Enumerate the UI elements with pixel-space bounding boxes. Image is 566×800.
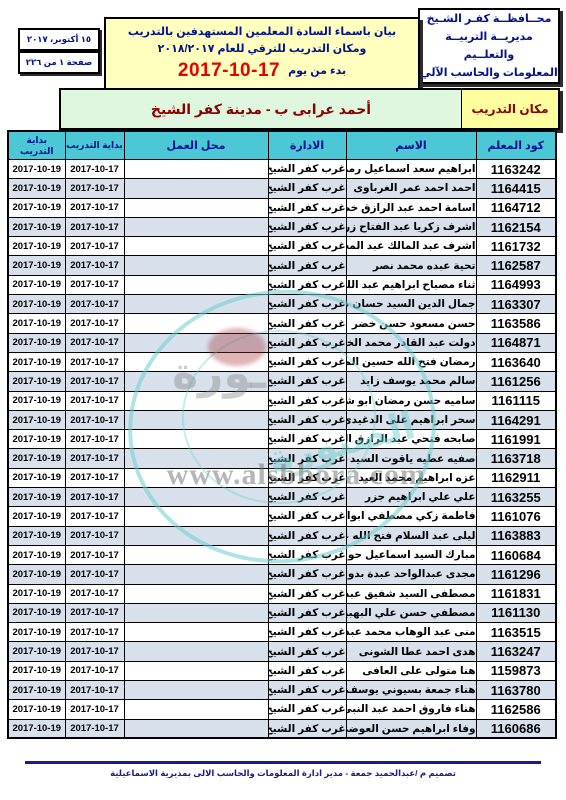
report-page: محــافظــة كفـر الشـيخ مديريــة التربيــ… bbox=[0, 0, 566, 800]
teacher-name-cell: ليلى عبد السلام فتح الله علي bbox=[346, 526, 476, 545]
teacher-code-cell: 1161130 bbox=[476, 603, 556, 622]
training-end-cell: 2017-10-19 bbox=[8, 700, 65, 719]
administration-cell: غرب كفر الشيخ bbox=[268, 160, 346, 179]
administration-cell: غرب كفر الشيخ bbox=[268, 217, 346, 236]
col-header-workplace: محل العمل bbox=[124, 131, 268, 160]
table-row: 1160686وفاء ابراهيم حسن العوضيغرب كفر ال… bbox=[8, 719, 556, 738]
teacher-name-cell: رمضان فتح الله حسين المدبولي bbox=[346, 352, 476, 371]
training-end-cell: 2017-10-19 bbox=[8, 410, 65, 429]
col-header-teacher-code: كود المعلم bbox=[476, 131, 556, 160]
administration-cell: غرب كفر الشيخ bbox=[268, 642, 346, 661]
org-line-directorate: مديريــة التربيــة والتعلــيم bbox=[420, 28, 558, 64]
teachers-table: كود المعلم الاسم الادارة محل العمل بداية… bbox=[7, 130, 557, 739]
administration-cell: غرب كفر الشيخ bbox=[268, 391, 346, 410]
training-start-cell: 2017-10-17 bbox=[65, 642, 124, 661]
start-date-line: بدء من يوم 2017-10-17 bbox=[178, 57, 346, 86]
administration-cell: غرب كفر الشيخ bbox=[268, 275, 346, 294]
teacher-code-cell: 1163883 bbox=[476, 526, 556, 545]
teacher-code-cell: 1162586 bbox=[476, 700, 556, 719]
workplace-cell bbox=[124, 179, 268, 198]
workplace-cell bbox=[124, 603, 268, 622]
workplace-cell bbox=[124, 333, 268, 352]
training-start-cell: 2017-10-17 bbox=[65, 391, 124, 410]
workplace-cell bbox=[124, 217, 268, 236]
teacher-name-cell: فاطمة زكي مصطفي ابوالعز bbox=[346, 507, 476, 526]
training-start-cell: 2017-10-17 bbox=[65, 507, 124, 526]
teacher-name-cell: مصطفى السيد شفيق عبد الفتاح bbox=[346, 584, 476, 603]
org-line-governorate: محــافظــة كفـر الشـيخ bbox=[427, 10, 552, 28]
training-start-cell: 2017-10-17 bbox=[65, 314, 124, 333]
table-row: 1163883ليلى عبد السلام فتح الله عليغرب ك… bbox=[8, 526, 556, 545]
teacher-name-cell: هناء جمعة بسيوني يوسف bbox=[346, 681, 476, 700]
teacher-name-cell: مبارك السيد اسماعيل حواش bbox=[346, 545, 476, 564]
teacher-name-cell: هناء فاروق احمد عبد النبى bbox=[346, 700, 476, 719]
teacher-name-cell: صابحه فتحي عبد الرازق الصبا bbox=[346, 430, 476, 449]
teacher-name-cell: مصطفي حسن علي البهبيتى bbox=[346, 603, 476, 622]
training-start-cell: 2017-10-17 bbox=[65, 179, 124, 198]
training-end-cell: 2017-10-19 bbox=[8, 275, 65, 294]
table-row: 1163307جمال الدين السيد حسان ضبيشغرب كفر… bbox=[8, 295, 556, 314]
administration-cell: غرب كفر الشيخ bbox=[268, 488, 346, 507]
teacher-code-cell: 1160684 bbox=[476, 545, 556, 564]
teacher-name-cell: منى عبد الوهاب محمد عبد الها bbox=[346, 623, 476, 642]
teacher-name-cell: علي علي ابراهيم جزر bbox=[346, 488, 476, 507]
training-end-cell: 2017-10-19 bbox=[8, 314, 65, 333]
administration-cell: غرب كفر الشيخ bbox=[268, 545, 346, 564]
workplace-cell bbox=[124, 372, 268, 391]
workplace-cell bbox=[124, 642, 268, 661]
training-location-value: أحمد عرابى ب - مدينة كفر الشيخ bbox=[61, 90, 461, 128]
training-end-cell: 2017-10-19 bbox=[8, 179, 65, 198]
training-start-cell: 2017-10-17 bbox=[65, 333, 124, 352]
teacher-code-cell: 1162154 bbox=[476, 217, 556, 236]
teacher-name-cell: عزه ابراهيم محمد العيد bbox=[346, 468, 476, 487]
teacher-code-cell: 1159873 bbox=[476, 661, 556, 680]
training-end-cell: 2017-10-19 bbox=[8, 603, 65, 622]
report-title-line1: بيان باسماء السادة المعلمين المستهدفين ب… bbox=[128, 24, 396, 41]
training-start-cell: 2017-10-17 bbox=[65, 410, 124, 429]
training-end-cell: 2017-10-19 bbox=[8, 526, 65, 545]
workplace-cell bbox=[124, 468, 268, 487]
workplace-cell bbox=[124, 584, 268, 603]
administration-cell: غرب كفر الشيخ bbox=[268, 449, 346, 468]
training-end-cell: 2017-10-19 bbox=[8, 719, 65, 738]
teacher-code-cell: 1163515 bbox=[476, 623, 556, 642]
training-start-cell: 2017-10-17 bbox=[65, 352, 124, 371]
training-start-cell: 2017-10-17 bbox=[65, 603, 124, 622]
table-row: 1161256سالم محمد يوسف زايدغرب كفر الشيخ2… bbox=[8, 372, 556, 391]
teacher-code-cell: 1161296 bbox=[476, 565, 556, 584]
teacher-name-cell: ثناء مصباح ابراهيم عبد الله bbox=[346, 275, 476, 294]
administration-cell: غرب كفر الشيخ bbox=[268, 256, 346, 275]
workplace-cell bbox=[124, 507, 268, 526]
teacher-name-cell: تحية عبده محمد نصر bbox=[346, 256, 476, 275]
table-row: 1163515منى عبد الوهاب محمد عبد الهاغرب ك… bbox=[8, 623, 556, 642]
teacher-code-cell: 1164712 bbox=[476, 198, 556, 217]
teacher-code-cell: 1163242 bbox=[476, 160, 556, 179]
workplace-cell bbox=[124, 314, 268, 333]
teacher-code-cell: 1162587 bbox=[476, 256, 556, 275]
training-end-cell: 2017-10-19 bbox=[8, 333, 65, 352]
teacher-code-cell: 1162911 bbox=[476, 468, 556, 487]
table-row: 1164871دولت عبد القادر محمد الخوليغرب كف… bbox=[8, 333, 556, 352]
administration-cell: غرب كفر الشيخ bbox=[268, 719, 346, 738]
teacher-name-cell: جمال الدين السيد حسان ضبيش bbox=[346, 295, 476, 314]
administration-cell: غرب كفر الشيخ bbox=[268, 179, 346, 198]
training-start-cell: 2017-10-17 bbox=[65, 565, 124, 584]
table-row: 1161076فاطمة زكي مصطفي ابوالعزغرب كفر ال… bbox=[8, 507, 556, 526]
teacher-name-cell: ابراهيم سعد اسماعيل رمضان bbox=[346, 160, 476, 179]
table-row: 1161831مصطفى السيد شفيق عبد الفتاحغرب كف… bbox=[8, 584, 556, 603]
administration-cell: غرب كفر الشيخ bbox=[268, 565, 346, 584]
table-row: 1163242ابراهيم سعد اسماعيل رمضانغرب كفر … bbox=[8, 160, 556, 179]
administration-cell: غرب كفر الشيخ bbox=[268, 333, 346, 352]
training-end-cell: 2017-10-19 bbox=[8, 545, 65, 564]
start-date-label: بدء من يوم bbox=[288, 63, 346, 80]
administration-cell: غرب كفر الشيخ bbox=[268, 314, 346, 333]
print-date-box: ١٥ أكتوبر، ٢٠١٧ bbox=[18, 28, 100, 51]
administration-cell: غرب كفر الشيخ bbox=[268, 584, 346, 603]
training-start-cell: 2017-10-17 bbox=[65, 430, 124, 449]
teacher-code-cell: 1160686 bbox=[476, 719, 556, 738]
workplace-cell bbox=[124, 449, 268, 468]
organization-box: محــافظــة كفـر الشـيخ مديريــة التربيــ… bbox=[418, 8, 560, 84]
training-start-cell: 2017-10-17 bbox=[65, 372, 124, 391]
teacher-code-cell: 1164871 bbox=[476, 333, 556, 352]
training-end-cell: 2017-10-19 bbox=[8, 507, 65, 526]
table-row: 1163247هدى احمد عطا الشونىغرب كفر الشيخ2… bbox=[8, 642, 556, 661]
training-end-cell: 2017-10-19 bbox=[8, 372, 65, 391]
teacher-name-cell: وفاء ابراهيم حسن العوضي bbox=[346, 719, 476, 738]
training-end-cell: 2017-10-19 bbox=[8, 256, 65, 275]
training-end-cell: 2017-10-19 bbox=[8, 681, 65, 700]
teacher-code-cell: 1163640 bbox=[476, 352, 556, 371]
teacher-name-cell: صفيه عطيه ياقوت السيد bbox=[346, 449, 476, 468]
report-title-box: بيان باسماء السادة المعلمين المستهدفين ب… bbox=[104, 17, 420, 93]
administration-cell: غرب كفر الشيخ bbox=[268, 526, 346, 545]
start-date-value: 2017-10-17 bbox=[178, 57, 280, 86]
training-start-cell: 2017-10-17 bbox=[65, 661, 124, 680]
training-start-cell: 2017-10-17 bbox=[65, 160, 124, 179]
teacher-code-cell: 1164415 bbox=[476, 179, 556, 198]
training-start-cell: 2017-10-17 bbox=[65, 488, 124, 507]
administration-cell: غرب كفر الشيخ bbox=[268, 410, 346, 429]
administration-cell: غرب كفر الشيخ bbox=[268, 468, 346, 487]
workplace-cell bbox=[124, 545, 268, 564]
administration-cell: غرب كفر الشيخ bbox=[268, 623, 346, 642]
teacher-code-cell: 1161256 bbox=[476, 372, 556, 391]
training-start-cell: 2017-10-17 bbox=[65, 449, 124, 468]
workplace-cell bbox=[124, 526, 268, 545]
teacher-name-cell: سحر ابراهيم على الدغيدى bbox=[346, 410, 476, 429]
table-row: 1161130مصطفي حسن علي البهبيتىغرب كفر الش… bbox=[8, 603, 556, 622]
training-end-cell: 2017-10-19 bbox=[8, 217, 65, 236]
teacher-code-cell: 1163247 bbox=[476, 642, 556, 661]
teacher-code-cell: 1164291 bbox=[476, 410, 556, 429]
teacher-name-cell: ساميه حسن رمضان ابو شنب bbox=[346, 391, 476, 410]
training-end-cell: 2017-10-19 bbox=[8, 623, 65, 642]
training-end-cell: 2017-10-19 bbox=[8, 160, 65, 179]
training-end-cell: 2017-10-19 bbox=[8, 352, 65, 371]
teacher-code-cell: 1164993 bbox=[476, 275, 556, 294]
training-end-cell: 2017-10-19 bbox=[8, 642, 65, 661]
table-row: 1162911عزه ابراهيم محمد العيدغرب كفر الش… bbox=[8, 468, 556, 487]
table-row: 1164993ثناء مصباح ابراهيم عبد اللهغرب كف… bbox=[8, 275, 556, 294]
training-end-cell: 2017-10-19 bbox=[8, 661, 65, 680]
teacher-code-cell: 1161115 bbox=[476, 391, 556, 410]
training-end-cell: 2017-10-19 bbox=[8, 449, 65, 468]
table-row: 1163718صفيه عطيه ياقوت السيدغرب كفر الشي… bbox=[8, 449, 556, 468]
teacher-name-cell: احمد احمد عمر الغرباوى bbox=[346, 179, 476, 198]
administration-cell: غرب كفر الشيخ bbox=[268, 661, 346, 680]
table-row: 1163780هناء جمعة بسيوني يوسفغرب كفر الشي… bbox=[8, 681, 556, 700]
table-row: 1161732اشرف عبد المالك عبد المجيد ابغرب … bbox=[8, 237, 556, 256]
administration-cell: غرب كفر الشيخ bbox=[268, 237, 346, 256]
training-location-band: مكان التدريب أحمد عرابى ب - مدينة كفر ال… bbox=[59, 88, 560, 130]
training-start-cell: 2017-10-17 bbox=[65, 237, 124, 256]
workplace-cell bbox=[124, 661, 268, 680]
page-number-box: صفحة ١ من ٢٢٦ bbox=[18, 51, 100, 74]
table-row: 1160684مبارك السيد اسماعيل حواشغرب كفر ا… bbox=[8, 545, 556, 564]
teacher-code-cell: 1161732 bbox=[476, 237, 556, 256]
training-start-cell: 2017-10-17 bbox=[65, 700, 124, 719]
training-end-cell: 2017-10-19 bbox=[8, 391, 65, 410]
footer-divider bbox=[25, 761, 541, 764]
workplace-cell bbox=[124, 295, 268, 314]
teacher-name-cell: اشرف زكريا عبد الفتاح زرارة bbox=[346, 217, 476, 236]
workplace-cell bbox=[124, 700, 268, 719]
table-row: 1163255علي علي ابراهيم جزرغرب كفر الشيخ2… bbox=[8, 488, 556, 507]
table-row: 1161115ساميه حسن رمضان ابو شنبغرب كفر ال… bbox=[8, 391, 556, 410]
workplace-cell bbox=[124, 160, 268, 179]
workplace-cell bbox=[124, 237, 268, 256]
teacher-name-cell: هدى احمد عطا الشونى bbox=[346, 642, 476, 661]
table-row: 1164712اسامة احمد عبد الرازق خضرغرب كفر … bbox=[8, 198, 556, 217]
training-end-cell: 2017-10-19 bbox=[8, 237, 65, 256]
training-start-cell: 2017-10-17 bbox=[65, 545, 124, 564]
footer-credit: تصميم م /عبدالحميد جمعة - مدير ادارة الم… bbox=[0, 768, 566, 779]
administration-cell: غرب كفر الشيخ bbox=[268, 603, 346, 622]
administration-cell: غرب كفر الشيخ bbox=[268, 681, 346, 700]
training-start-cell: 2017-10-17 bbox=[65, 584, 124, 603]
training-end-cell: 2017-10-19 bbox=[8, 198, 65, 217]
training-start-cell: 2017-10-17 bbox=[65, 526, 124, 545]
workplace-cell bbox=[124, 488, 268, 507]
teacher-code-cell: 1161991 bbox=[476, 430, 556, 449]
workplace-cell bbox=[124, 410, 268, 429]
administration-cell: غرب كفر الشيخ bbox=[268, 372, 346, 391]
workplace-cell bbox=[124, 275, 268, 294]
workplace-cell bbox=[124, 623, 268, 642]
training-start-cell: 2017-10-17 bbox=[65, 719, 124, 738]
training-start-cell: 2017-10-17 bbox=[65, 681, 124, 700]
administration-cell: غرب كفر الشيخ bbox=[268, 198, 346, 217]
table-row: 1163640رمضان فتح الله حسين المدبوليغرب ك… bbox=[8, 352, 556, 371]
training-end-cell: 2017-10-19 bbox=[8, 295, 65, 314]
administration-cell: غرب كفر الشيخ bbox=[268, 352, 346, 371]
training-end-cell: 2017-10-19 bbox=[8, 584, 65, 603]
training-start-cell: 2017-10-17 bbox=[65, 198, 124, 217]
col-header-training-start-2: بداية التدريب bbox=[8, 131, 65, 160]
training-start-cell: 2017-10-17 bbox=[65, 217, 124, 236]
teacher-name-cell: مجدى عبدالواحد عبدة بدوى bbox=[346, 565, 476, 584]
training-end-cell: 2017-10-19 bbox=[8, 468, 65, 487]
table-row: 1163586حسن مسعود حسن خضرغرب كفر الشيخ201… bbox=[8, 314, 556, 333]
table-row: 1162587تحية عبده محمد نصرغرب كفر الشيخ20… bbox=[8, 256, 556, 275]
teacher-name-cell: سالم محمد يوسف زايد bbox=[346, 372, 476, 391]
report-title-line2: ومكان التدريب للترقي للعام ٢٠١٨/٢٠١٧ bbox=[158, 41, 367, 58]
table-row: 1162154اشرف زكريا عبد الفتاح زرارةغرب كف… bbox=[8, 217, 556, 236]
col-header-administration: الادارة bbox=[268, 131, 346, 160]
administration-cell: غرب كفر الشيخ bbox=[268, 295, 346, 314]
table-row: 1159873هنا متولى على العافىغرب كفر الشيخ… bbox=[8, 661, 556, 680]
training-start-cell: 2017-10-17 bbox=[65, 275, 124, 294]
workplace-cell bbox=[124, 430, 268, 449]
teacher-code-cell: 1163255 bbox=[476, 488, 556, 507]
table-header-row: كود المعلم الاسم الادارة محل العمل بداية… bbox=[8, 131, 556, 160]
training-location-label: مكان التدريب bbox=[461, 90, 558, 128]
workplace-cell bbox=[124, 256, 268, 275]
workplace-cell bbox=[124, 352, 268, 371]
administration-cell: غرب كفر الشيخ bbox=[268, 700, 346, 719]
table-row: 1161991صابحه فتحي عبد الرازق الصباغرب كف… bbox=[8, 430, 556, 449]
teacher-name-cell: دولت عبد القادر محمد الخولي bbox=[346, 333, 476, 352]
administration-cell: غرب كفر الشيخ bbox=[268, 507, 346, 526]
org-line-department: المعلومات والحاسب الآلي bbox=[420, 64, 557, 82]
table-row: 1164415احمد احمد عمر الغرباوىغرب كفر الش… bbox=[8, 179, 556, 198]
teacher-name-cell: هنا متولى على العافى bbox=[346, 661, 476, 680]
training-start-cell: 2017-10-17 bbox=[65, 256, 124, 275]
teacher-code-cell: 1163780 bbox=[476, 681, 556, 700]
teacher-name-cell: اسامة احمد عبد الرازق خضر bbox=[346, 198, 476, 217]
teacher-code-cell: 1161831 bbox=[476, 584, 556, 603]
workplace-cell bbox=[124, 198, 268, 217]
workplace-cell bbox=[124, 391, 268, 410]
workplace-cell bbox=[124, 565, 268, 584]
table-row: 1164291سحر ابراهيم على الدغيدىغرب كفر ال… bbox=[8, 410, 556, 429]
table-row: 1162586هناء فاروق احمد عبد النبىغرب كفر … bbox=[8, 700, 556, 719]
administration-cell: غرب كفر الشيخ bbox=[268, 430, 346, 449]
training-start-cell: 2017-10-17 bbox=[65, 468, 124, 487]
teacher-code-cell: 1163718 bbox=[476, 449, 556, 468]
workplace-cell bbox=[124, 681, 268, 700]
teacher-name-cell: اشرف عبد المالك عبد المجيد اب bbox=[346, 237, 476, 256]
training-start-cell: 2017-10-17 bbox=[65, 623, 124, 642]
col-header-training-start-1: بداية التدريب bbox=[65, 131, 124, 160]
training-end-cell: 2017-10-19 bbox=[8, 430, 65, 449]
table-row: 1161296مجدى عبدالواحد عبدة بدوىغرب كفر ا… bbox=[8, 565, 556, 584]
workplace-cell bbox=[124, 719, 268, 738]
teacher-name-cell: حسن مسعود حسن خضر bbox=[346, 314, 476, 333]
training-end-cell: 2017-10-19 bbox=[8, 565, 65, 584]
teacher-code-cell: 1163586 bbox=[476, 314, 556, 333]
training-start-cell: 2017-10-17 bbox=[65, 295, 124, 314]
teacher-code-cell: 1163307 bbox=[476, 295, 556, 314]
training-end-cell: 2017-10-19 bbox=[8, 488, 65, 507]
teacher-code-cell: 1161076 bbox=[476, 507, 556, 526]
col-header-name: الاسم bbox=[346, 131, 476, 160]
